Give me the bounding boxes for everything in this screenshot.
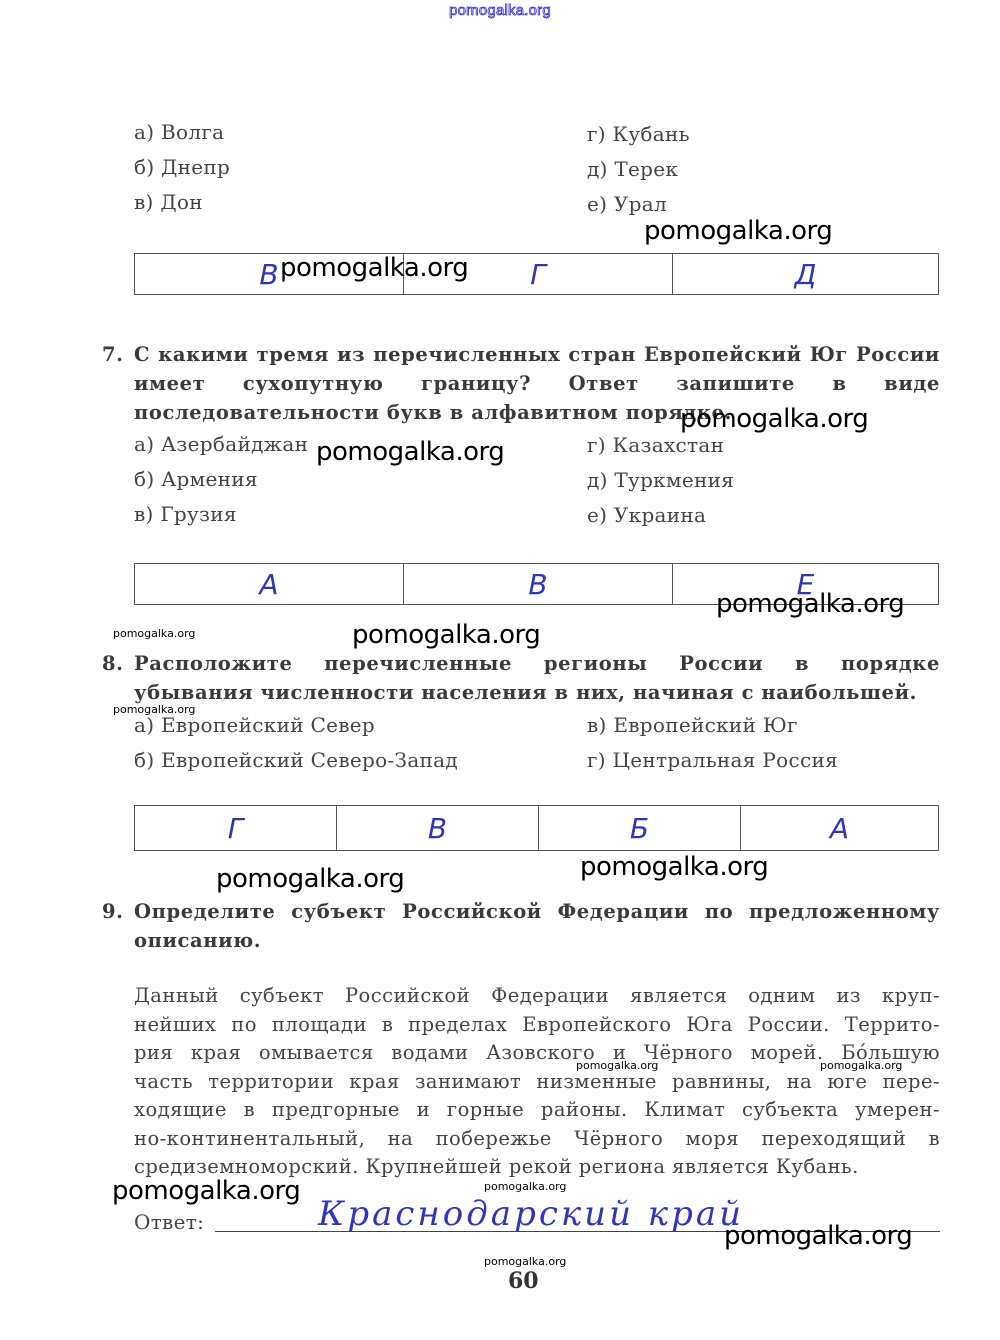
site-header-watermark: pomogalka.org — [0, 2, 1000, 19]
watermark: pomogalka.org — [484, 1255, 566, 1268]
q7-option-v: в) Грузия — [134, 502, 237, 526]
description-line: Данный субъект Российской Федерации явля… — [134, 982, 940, 1011]
watermark: pomogalka.org — [112, 1176, 300, 1206]
watermark: pomogalka.org — [352, 620, 540, 650]
q7-option-b: б) Армения — [134, 467, 258, 491]
q8-answer-cell[interactable]: А — [741, 806, 939, 851]
watermark: pomogalka.org — [724, 1221, 912, 1251]
answer-label: Ответ: — [134, 1210, 204, 1234]
q8-option-g: г) Центральная Россия — [587, 748, 838, 772]
q6-option-v: в) Дон — [134, 190, 203, 214]
page-number: 60 — [508, 1268, 539, 1294]
q6-answer-table: В Г Д — [134, 253, 939, 295]
q9-text: Определите субъект Российской Федерации … — [134, 897, 940, 955]
q7-option-a: а) Азербайджан — [134, 432, 308, 456]
q9-number: 9. — [102, 897, 124, 926]
q8-question: 8. Расположите перечисленные регионы Рос… — [134, 649, 940, 707]
q6-option-d: д) Терек — [587, 157, 678, 181]
watermark: pomogalka.org — [113, 703, 195, 716]
description-line: но-континентальный, на побережье Чёрного… — [134, 1125, 940, 1154]
watermark: pomogalka.org — [113, 627, 195, 640]
q7-option-d: д) Туркмения — [587, 468, 734, 492]
q7-answer-cell[interactable]: В — [404, 564, 673, 605]
q6-option-b: б) Днепр — [134, 155, 230, 179]
watermark: pomogalka.org — [580, 852, 768, 882]
watermark: pomogalka.org — [716, 589, 904, 619]
q7-option-e: е) Украина — [587, 503, 706, 527]
answer-field[interactable]: Краснодарский край — [318, 1194, 744, 1234]
q7-option-g: г) Казахстан — [587, 433, 724, 457]
q8-number: 8. — [102, 649, 124, 678]
q8-text: Расположите перечисленные регионы России… — [134, 649, 940, 707]
watermark: pomogalka.org — [680, 404, 868, 434]
q9-question: 9. Определите субъект Российской Федерац… — [134, 897, 940, 955]
description-line: ходящие в предгорные и горные районы. Кл… — [134, 1096, 940, 1125]
watermark: pomogalka.org — [216, 864, 404, 894]
watermark: pomogalka.org — [316, 437, 504, 467]
q7-answer-cell[interactable]: А — [135, 564, 404, 605]
q8-answer-cell[interactable]: Г — [135, 806, 337, 851]
watermark: pomogalka.org — [644, 216, 832, 246]
q8-answer-cell[interactable]: В — [337, 806, 539, 851]
watermark: pomogalka.org — [820, 1059, 902, 1072]
q6-option-a: а) Волга — [134, 120, 224, 144]
q6-option-g: г) Кубань — [587, 122, 690, 146]
q8-option-b: б) Европейский Северо-Запад — [134, 748, 458, 772]
q6-option-e: е) Урал — [587, 192, 667, 216]
watermark: pomogalka.org — [280, 253, 468, 283]
q6-answer-cell[interactable]: Д — [673, 254, 939, 295]
q8-answer-table: Г В Б А — [134, 805, 939, 851]
watermark: pomogalka.org — [484, 1180, 566, 1193]
description-line: нейших по площади в пределах Европейског… — [134, 1011, 940, 1040]
watermark: pomogalka.org — [576, 1059, 658, 1072]
q7-number: 7. — [102, 340, 124, 369]
q8-option-a: а) Европейский Север — [134, 713, 375, 737]
q9-description: Данный субъект Российской Федерации явля… — [134, 982, 940, 1182]
q8-option-v: в) Европейский Юг — [587, 713, 798, 737]
q8-answer-cell[interactable]: Б — [539, 806, 741, 851]
